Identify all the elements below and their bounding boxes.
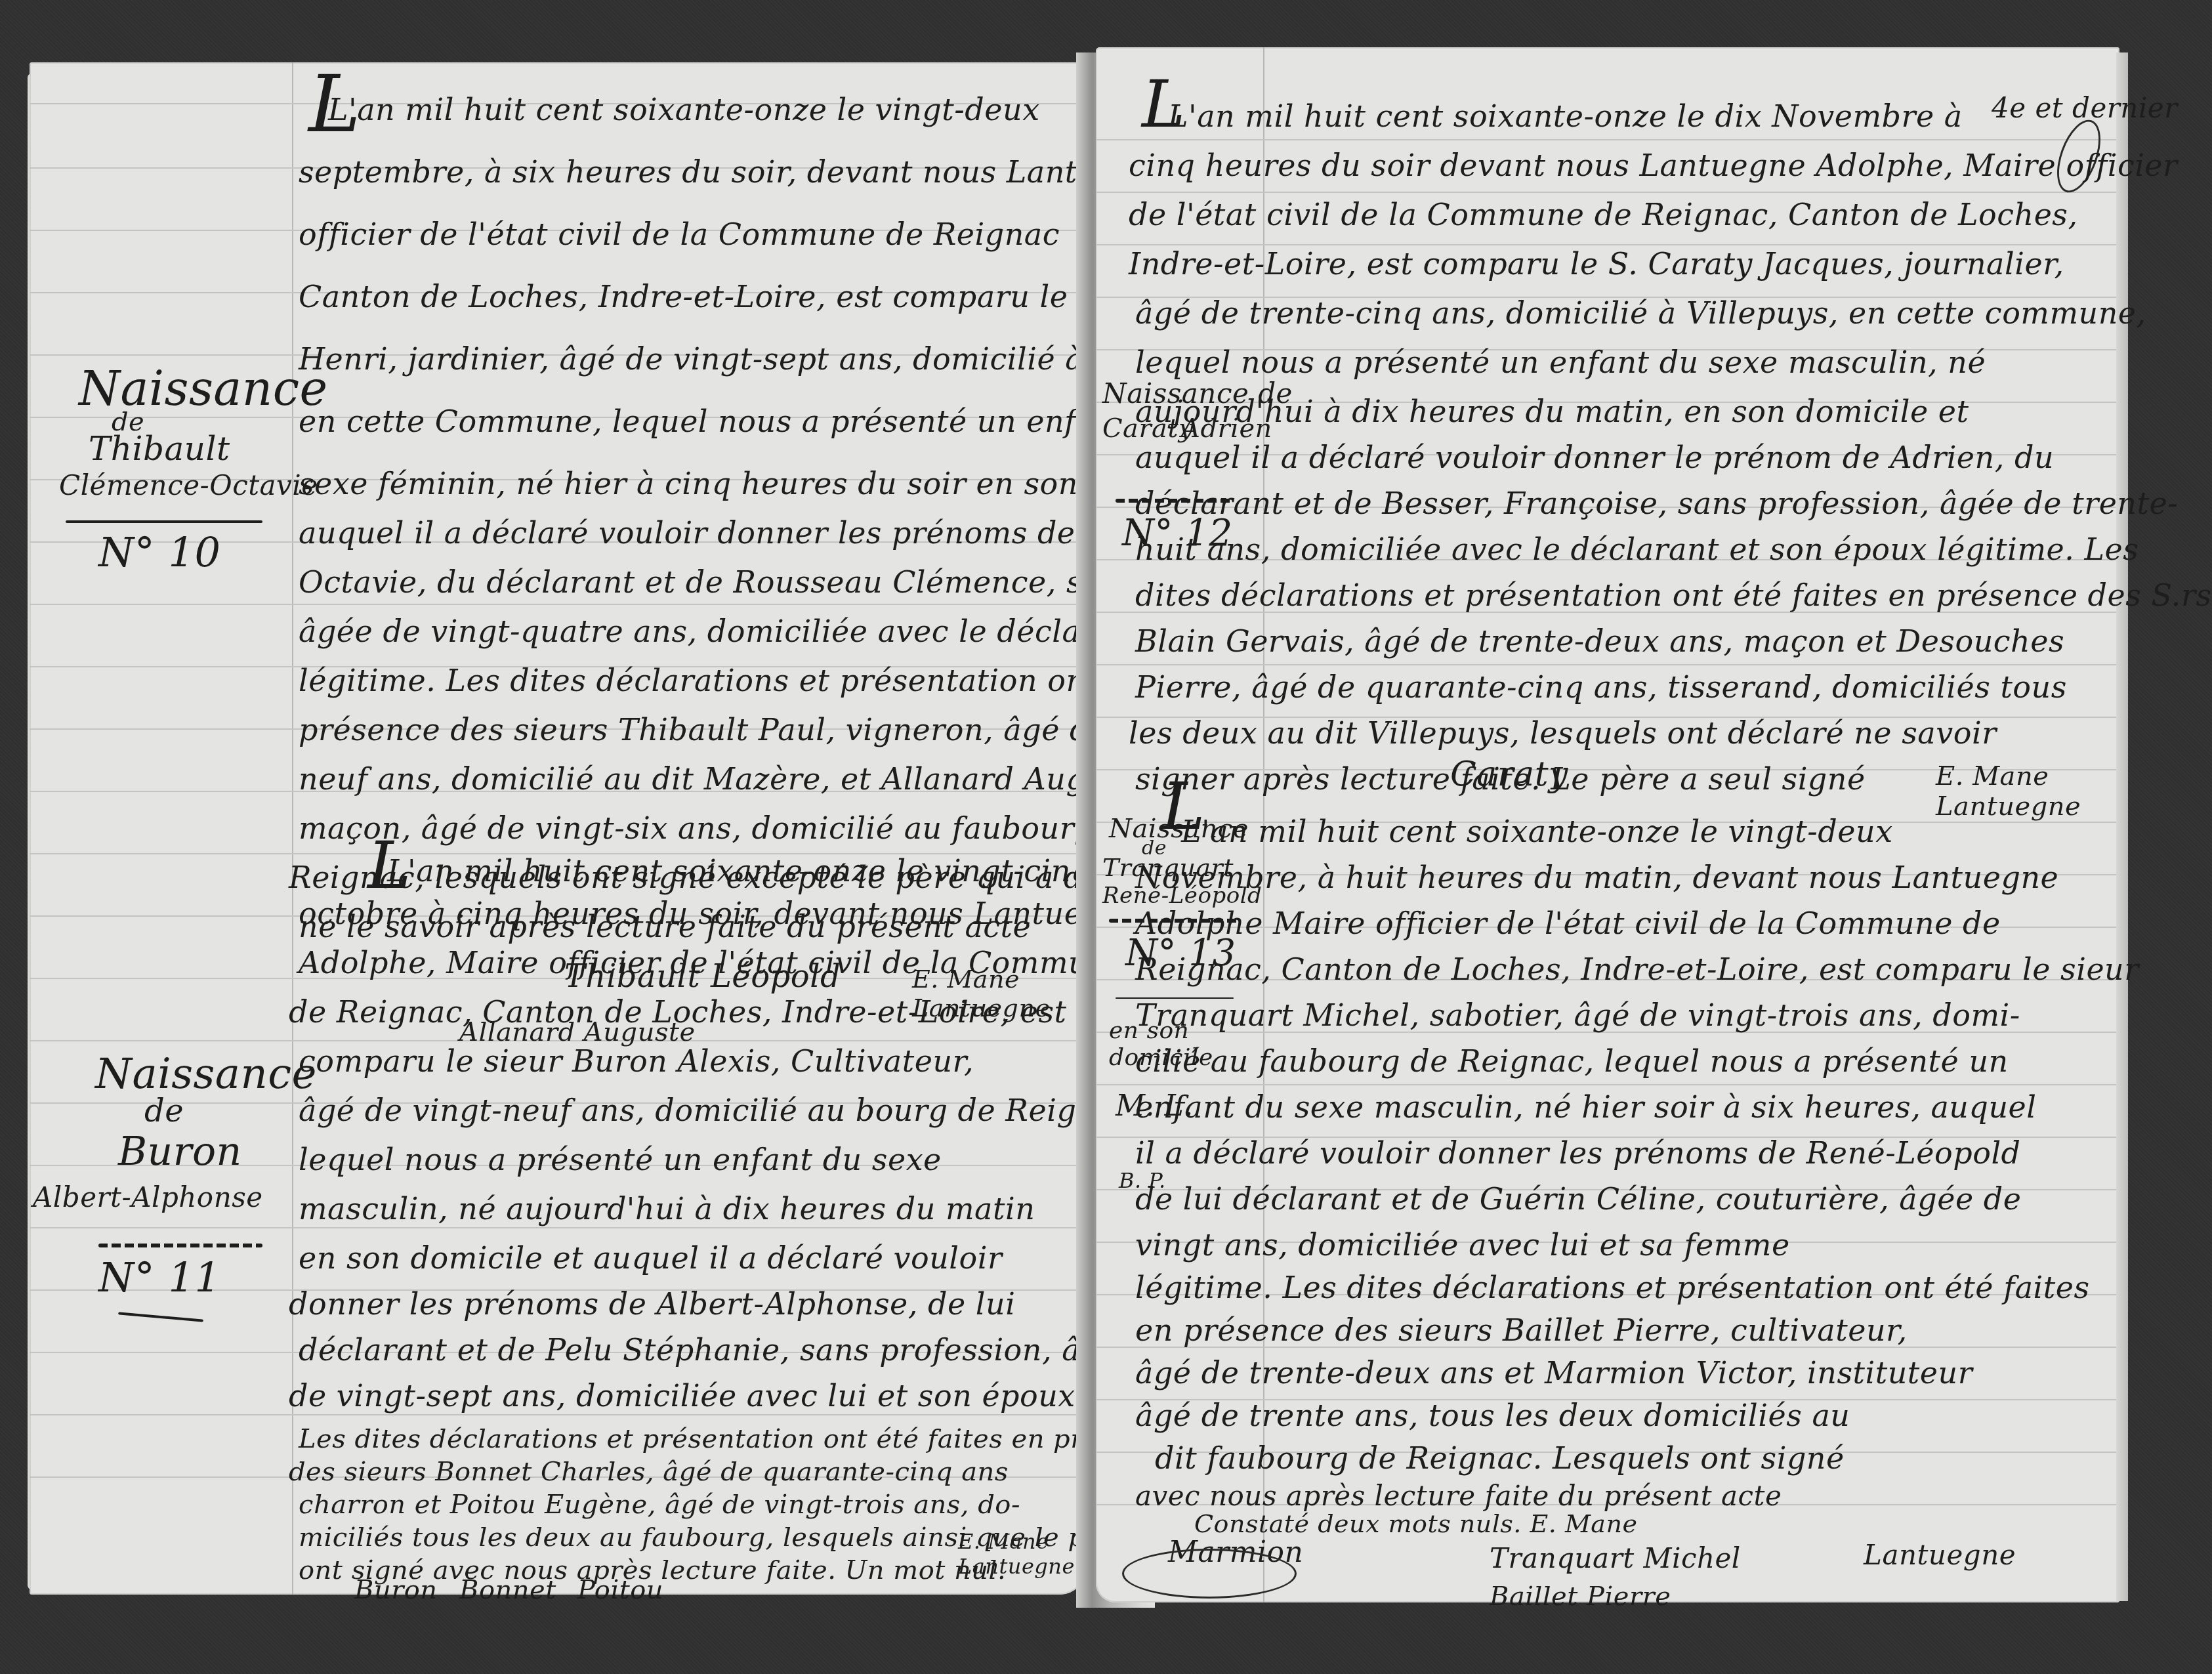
ruled-line (30, 1414, 1086, 1415)
text-line: en présence des sieurs Baillet Pierre, c… (1135, 1312, 1908, 1348)
text-line: âgé de trente ans, tous les deux domicil… (1135, 1398, 1850, 1433)
text-line: L'an mil huit cent soixante-onze le ving… (328, 92, 1040, 127)
signature-mayor: E. Mane Lantuegne (1936, 761, 2080, 822)
text-line: il a déclaré vouloir donner les prénoms … (1135, 1135, 2021, 1171)
text-line: Adolphe Maire officier de l'état civil d… (1135, 906, 2001, 941)
text-line: dit faubourg de Reignac. Lesquels ont si… (1155, 1440, 1845, 1476)
text-line: comparu le sieur Buron Alexis, Cultivate… (299, 1043, 974, 1079)
page-header-note: 4e et dernier (1992, 92, 2178, 124)
ruled-line (30, 604, 1086, 605)
ruled-line (1096, 1084, 2119, 1085)
text-line: légitime. Les dites déclarations et prés… (1135, 1270, 2090, 1305)
text-line: Constaté deux mots nuls. E. Mane (1194, 1509, 1637, 1538)
text-line: des sieurs Bonnet Charles, âgé de quaran… (289, 1457, 1009, 1487)
text-line: officier de l'état civil de la Commune d… (299, 217, 1060, 252)
text-line: Tranquart Michel, sabotier, âgé de vingt… (1135, 997, 2020, 1033)
margin-given-names: Albert-Alphonse (33, 1181, 263, 1213)
margin-surname: Buron (118, 1129, 242, 1175)
text-line: L'an mil huit cent soixante-onze le ving… (1181, 814, 1893, 849)
text-line: Novembre, à huit heures du matin, devant… (1135, 860, 2058, 895)
text-line: lequel nous a présenté un enfant du sexe (299, 1142, 942, 1177)
signature-flourish-icon (1122, 1549, 1297, 1599)
text-line: masculin, né aujourd'hui à dix heures du… (299, 1191, 1035, 1226)
signature: Tranquart Michel (1490, 1542, 1741, 1574)
right-page-stack-edge (2116, 52, 2128, 1601)
text-line: octobre à cinq heures du soir, devant no… (299, 896, 1140, 931)
text-line: enfant du sexe masculin, né hier soir à … (1135, 1089, 2036, 1125)
ruled-line (1096, 192, 2119, 193)
text-line: L'an mil huit cent soixante-onze le ving… (387, 853, 1091, 889)
text-line: donner les prénoms de Albert-Alphonse, d… (289, 1286, 1015, 1322)
text-line: auquel il a déclaré vouloir donner le pr… (1135, 440, 2054, 475)
margin-surname: Thibault (89, 430, 230, 468)
ruled-line (1096, 139, 2119, 140)
signature-mayor: E. Mane Lantuegne (958, 1529, 1063, 1579)
text-line: de Reignac, Canton de Loches, Indre-et-L… (289, 994, 1067, 1030)
text-line: lequel nous a présenté un enfant du sexe… (1135, 345, 1986, 380)
text-line: de l'état civil de la Commune de Reignac… (1129, 197, 2078, 232)
signature: Caraty (1450, 755, 1568, 794)
text-line: âgé de vingt-neuf ans, domicilié au bour… (299, 1093, 1132, 1128)
text-line: présence des sieurs Thibault Paul, vigne… (299, 712, 1207, 747)
text-line: de lui déclarant et de Guérin Céline, co… (1135, 1181, 2021, 1217)
signature: Buron (354, 1575, 438, 1605)
text-line: maçon, âgé de vingt-six ans, domicilié a… (299, 810, 1142, 846)
text-line: neuf ans, domicilié au dit Mazère, et Al… (299, 761, 1152, 797)
text-line: déclarant et de Besser, Françoise, sans … (1135, 486, 2178, 521)
margin-divider (98, 1244, 262, 1247)
margin-title: Naissance (95, 1050, 317, 1099)
signature-mayor: Lantuegne (1864, 1539, 2016, 1571)
record-number: N° 10 (98, 528, 220, 576)
text-line: âgé de trente-deux ans et Marmion Victor… (1135, 1355, 1972, 1391)
text-line: vingt ans, domiciliée avec lui et sa fem… (1135, 1227, 1790, 1263)
record-number: N° 11 (98, 1253, 220, 1301)
margin-given-names: Clémence-Octavie (59, 469, 318, 501)
text-line: cinq heures du soir devant nous Lantuegn… (1129, 148, 2178, 183)
text-line: Henri, jardinier, âgé de vingt-sept ans,… (299, 341, 1211, 377)
text-line: Adolphe, Maire officier de l'état civil … (299, 945, 1126, 980)
text-line: de vingt-sept ans, domiciliée avec lui e… (289, 1378, 1213, 1413)
text-line: aujourd'hui à dix heures du matin, en so… (1135, 394, 1969, 429)
text-line: déclarant et de Pelu Stéphanie, sans pro… (299, 1332, 1137, 1368)
text-line: Les dites déclarations et présentation o… (299, 1424, 1177, 1454)
text-line: L'an mil huit cent soixante-onze le dix … (1168, 98, 1963, 134)
text-line: dites déclarations et présentation ont é… (1135, 577, 2212, 613)
text-line: charron et Poitou Eugène, âgé de vingt-t… (299, 1490, 1020, 1520)
text-line: âgé de trente-cinq ans, domicilié à Vill… (1135, 295, 2146, 331)
margin-divider (66, 520, 262, 523)
signature: Baillet Pierre (1490, 1581, 1671, 1612)
text-line: Reignac, Canton de Loches, Indre-et-Loir… (1135, 952, 2139, 987)
signature: Poitou (577, 1575, 663, 1605)
text-line: Blain Gervais, âgé de trente-deux ans, m… (1135, 623, 2064, 659)
text-line: Pierre, âgé de quarante-cinq ans, tisser… (1135, 669, 2067, 705)
text-line: avec nous après lecture faite du présent… (1135, 1480, 1782, 1512)
text-line: les deux au dit Villepuys, lesquels ont … (1129, 715, 1997, 751)
text-line: en cette Commune, lequel nous a présenté… (299, 404, 1176, 439)
text-line: en son domicile et auquel il a déclaré v… (299, 1240, 1002, 1276)
ruled-line (1096, 244, 2119, 245)
margin-of: de (144, 1093, 184, 1129)
ruled-line (1096, 664, 2119, 665)
ruled-line (30, 1227, 1086, 1228)
text-line: Indre-et-Loire, est comparu le S. Caraty… (1129, 246, 2064, 282)
signature: Bonnet (459, 1575, 556, 1605)
text-line: cilié au faubourg de Reignac, lequel nou… (1135, 1043, 2009, 1079)
text-line: huit ans, domiciliée avec le déclarant e… (1135, 532, 2139, 567)
